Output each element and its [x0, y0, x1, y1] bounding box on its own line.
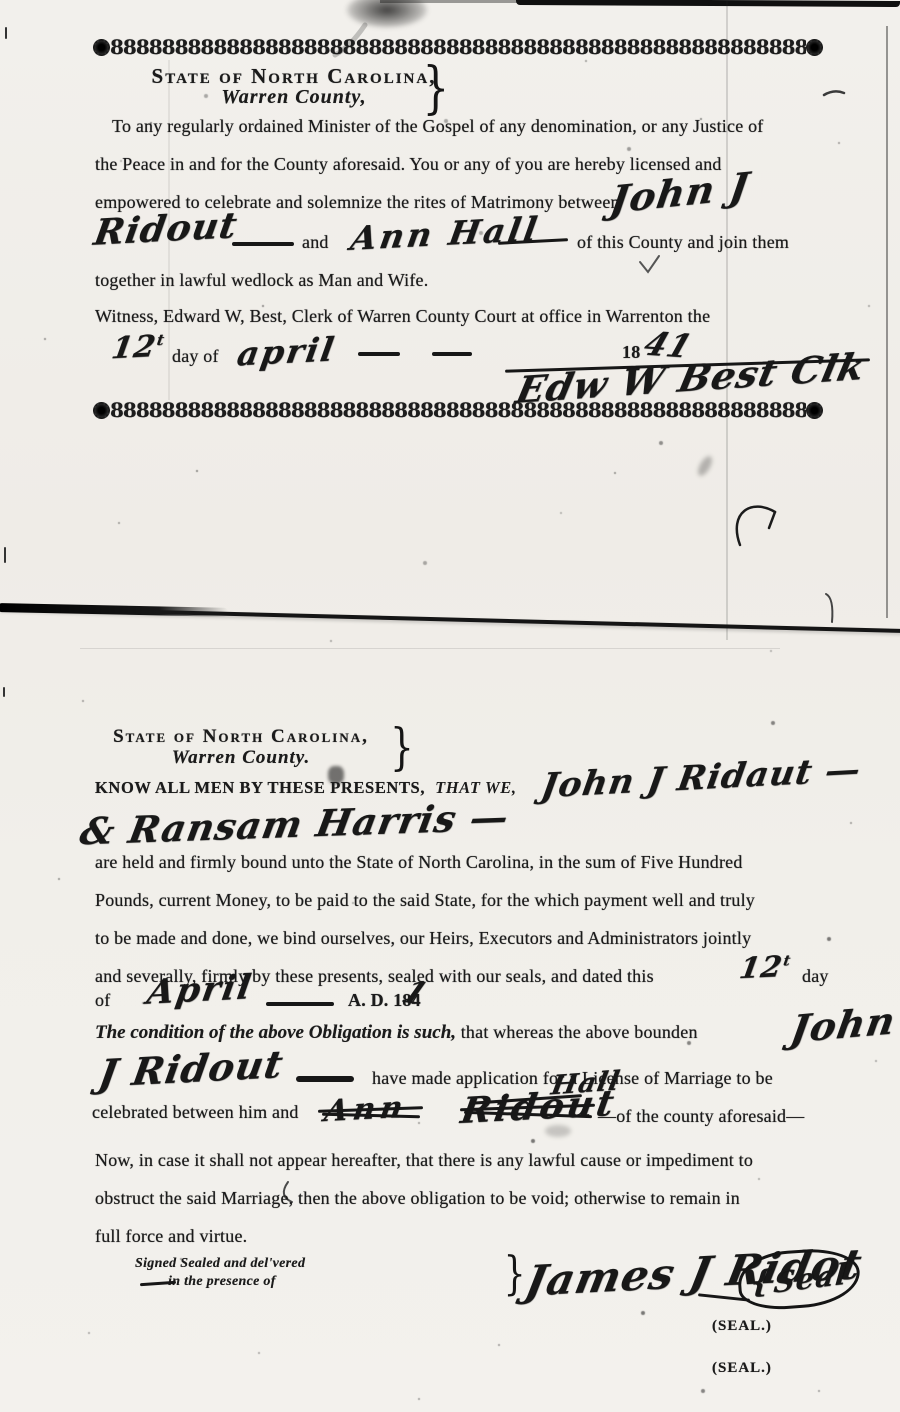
bond-line-3: to be made and done, we bind ourselves, … — [95, 928, 751, 949]
month-handwriting: april — [234, 329, 338, 373]
signed-brace: } — [504, 1246, 526, 1300]
day-number: 12 — [737, 949, 785, 985]
bride-correction-handwriting: Hall — [549, 1066, 623, 1102]
pen-dash — [232, 242, 294, 246]
printed-seal-1: (SEAL.) — [712, 1318, 772, 1335]
header-brace: } — [390, 718, 414, 776]
license-line-5: together in lawful wedlock as Man and Wi… — [95, 270, 428, 291]
pen-dash — [432, 352, 472, 356]
license-header: State of North Carolina, Warren County, — [148, 66, 440, 108]
know-all-text: KNOW ALL MEN BY THESE PRESENTS, — [95, 778, 425, 797]
day-of-label: day of — [172, 346, 219, 367]
bond-month-handwriting: April — [144, 967, 255, 1012]
condition-line: The condition of the above Obligation is… — [95, 1022, 698, 1044]
now-line-3: full force and virtue. — [95, 1226, 247, 1247]
license-state-heading: State of North Carolina, — [148, 66, 440, 87]
now-line-2: obstruct the said Marriage, then the abo… — [95, 1188, 740, 1209]
day-ordinal: t — [156, 331, 167, 349]
day-handwriting: 12t — [109, 329, 167, 367]
rosette-icon — [806, 39, 823, 56]
marriage-license-and-bond-scan: 8888888888888888888888888888888888888888… — [0, 0, 900, 1412]
chain-ornament: 8888888888888888888888888888888888888888… — [110, 399, 806, 421]
day-number: 12 — [109, 329, 159, 366]
surety-name-handwriting: & Ransam Harris — — [77, 795, 513, 854]
seal-brace-handwriting: { — [750, 1263, 774, 1301]
bond-day-handwriting: 12t — [737, 949, 793, 986]
condition-rest-text: that whereas the above bounden — [456, 1022, 698, 1042]
bond-line-1: are held and firmly bound unto the State… — [95, 852, 743, 873]
rosette-icon — [806, 402, 823, 419]
bounden-name-handwriting-1: John — [787, 998, 899, 1052]
day-ordinal: t — [782, 952, 792, 969]
license-line-2: the Peace in and for the County aforesai… — [95, 154, 722, 175]
ornamental-border-bottom: 8888888888888888888888888888888888888888… — [93, 396, 823, 424]
condition-lead-text: The condition of the above Obligation is… — [95, 1022, 456, 1043]
bond-line-2: Pounds, current Money, to be paid to the… — [95, 890, 755, 911]
paper-specks — [0, 0, 2, 2]
bride-name-handwriting: Ann Hall — [348, 209, 543, 258]
header-brace: } — [422, 56, 449, 121]
top-edge-shadow — [516, 0, 900, 7]
signed-sealed-line-1: Signed Sealed and del'vered — [135, 1256, 305, 1272]
license-county-heading: Warren County, — [148, 87, 440, 108]
license-line-4-end: of this County and join them — [577, 232, 789, 253]
rosette-icon — [93, 39, 110, 56]
day-word: day — [802, 966, 829, 987]
seal-word-handwriting: Seal — [772, 1257, 849, 1300]
vertical-crease — [726, 0, 728, 640]
license-line-1: To any regularly ordained Minister of th… — [112, 116, 763, 137]
pen-dash — [266, 1002, 334, 1006]
ornamental-border-top: 8888888888888888888888888888888888888888… — [93, 33, 823, 61]
of-word: of — [95, 990, 110, 1011]
printed-seal-2: (SEAL.) — [712, 1360, 772, 1377]
bounden-name-handwriting-2: J Ridout — [96, 1041, 287, 1095]
signed-sealed-line-2: in the presence of — [168, 1274, 276, 1290]
vertical-crease — [886, 26, 888, 618]
bond-county-heading: Warren County. — [95, 747, 387, 768]
aforesaid-line: —of the county aforesaid— — [598, 1106, 804, 1127]
fold-line-faint — [80, 648, 780, 649]
witness-line: Witness, Edward W, Best, Clerk of Warren… — [95, 306, 710, 327]
celebrated-line: celebrated between him and — [92, 1102, 299, 1123]
rosette-icon — [93, 402, 110, 419]
groom-name-handwriting-2: Ridout — [91, 204, 241, 253]
now-line-1: Now, in case it shall not appear hereaft… — [95, 1150, 753, 1171]
bond-header: State of North Carolina, Warren County. — [95, 726, 387, 768]
pen-dash — [358, 352, 400, 356]
bond-state-heading: State of North Carolina, — [95, 726, 387, 747]
smudge — [695, 454, 715, 478]
fold-line-thick-end — [0, 603, 228, 617]
principal-name-handwriting: John J Ridaut — — [538, 750, 864, 806]
ink-stain — [346, 0, 428, 28]
chain-ornament: 8888888888888888888888888888888888888888… — [110, 36, 806, 58]
and-word: and — [302, 232, 329, 253]
pen-dash — [296, 1076, 354, 1082]
know-all-men-line: KNOW ALL MEN BY THESE PRESENTS, THAT WE, — [95, 778, 517, 798]
